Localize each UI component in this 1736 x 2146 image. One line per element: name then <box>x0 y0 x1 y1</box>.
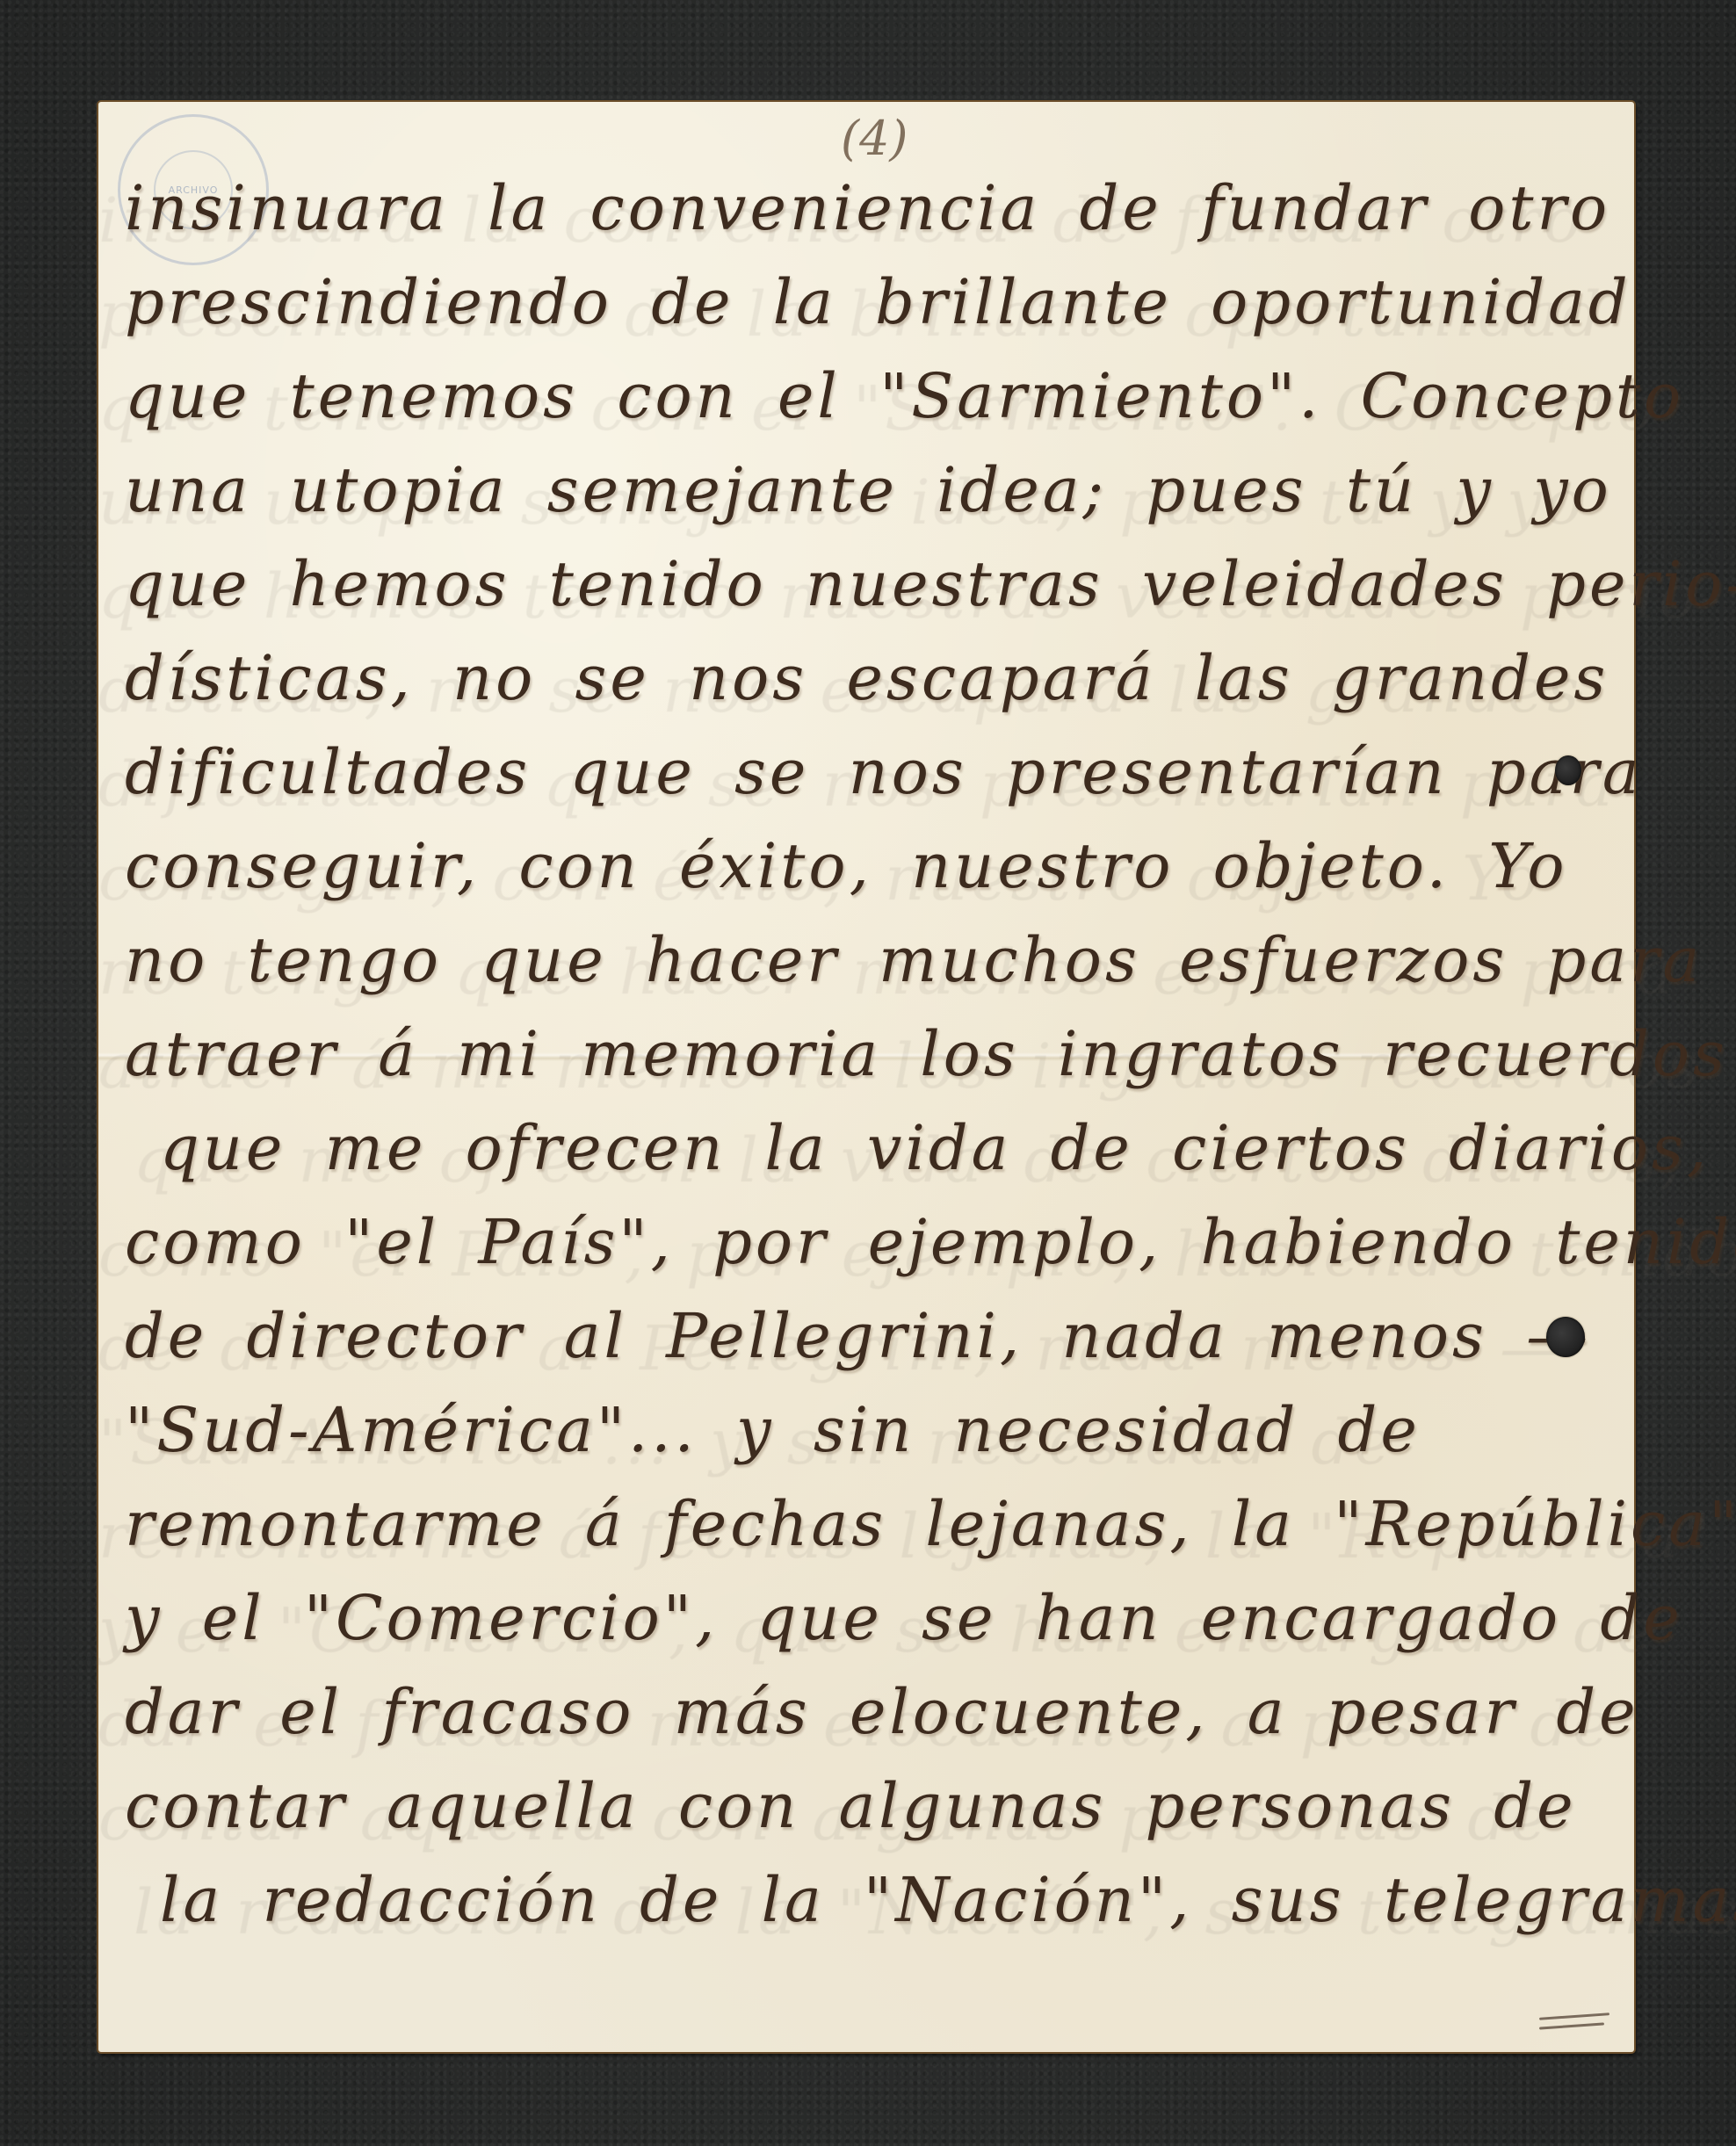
text-line: insinuara la conveniencia de fundar otro <box>125 162 1618 256</box>
underline-stroke <box>1539 2022 1604 2029</box>
text-line: que tenemos con el "Sarmiento". Concepto <box>125 350 1618 444</box>
text-line: remontarme á fechas lejanas, la "Repúbli… <box>125 1478 1618 1572</box>
text-line: atraer á mi memoria los ingratos recuerd… <box>125 1008 1618 1102</box>
text-line: que hemos tenido nuestras veleidades per… <box>125 538 1618 632</box>
text-line: dísticas, no se nos escapará las grandes <box>125 632 1618 726</box>
text-line: "Sud-América"... y sin necesidad de <box>125 1384 1618 1478</box>
text-line: contar aquella con algunas personas de <box>125 1759 1618 1853</box>
text-line: una utopia semejante idea; pues tú y yo <box>125 444 1618 538</box>
text-line: no tengo que hacer muchos esfuerzos para <box>125 914 1618 1008</box>
text-line: de director al Pellegrini, nada menos — <box>125 1290 1618 1384</box>
text-line: la redacción de la "Nación", sus telegra… <box>125 1853 1618 1947</box>
text-line: como "el País", por ejemplo, habiendo te… <box>125 1196 1618 1290</box>
punch-hole <box>1546 1317 1585 1357</box>
text-line: conseguir, con éxito, nuestro objeto. Yo <box>125 820 1618 914</box>
punch-hole <box>1555 755 1581 785</box>
underline-stroke <box>1539 2012 1609 2020</box>
handwritten-text-body: insinuara la conveniencia de fundar otro… <box>125 162 1618 1947</box>
text-line: y el "Comercio", que se han encargado de <box>125 1572 1618 1665</box>
text-line: prescindiendo de la brillante oportunida… <box>125 256 1618 350</box>
text-line: dar el fracaso más elocuente, a pesar de <box>125 1665 1618 1759</box>
letter-page: ARCHIVO (4) insinuara la conveniencia de… <box>98 102 1634 2052</box>
text-line: que me ofrecen la vida de ciertos diario… <box>125 1102 1618 1196</box>
page-number: (4) <box>841 111 908 166</box>
double-underline-mark <box>1539 2015 1609 2041</box>
text-line: dificultades que se nos presentarían par… <box>125 726 1618 820</box>
